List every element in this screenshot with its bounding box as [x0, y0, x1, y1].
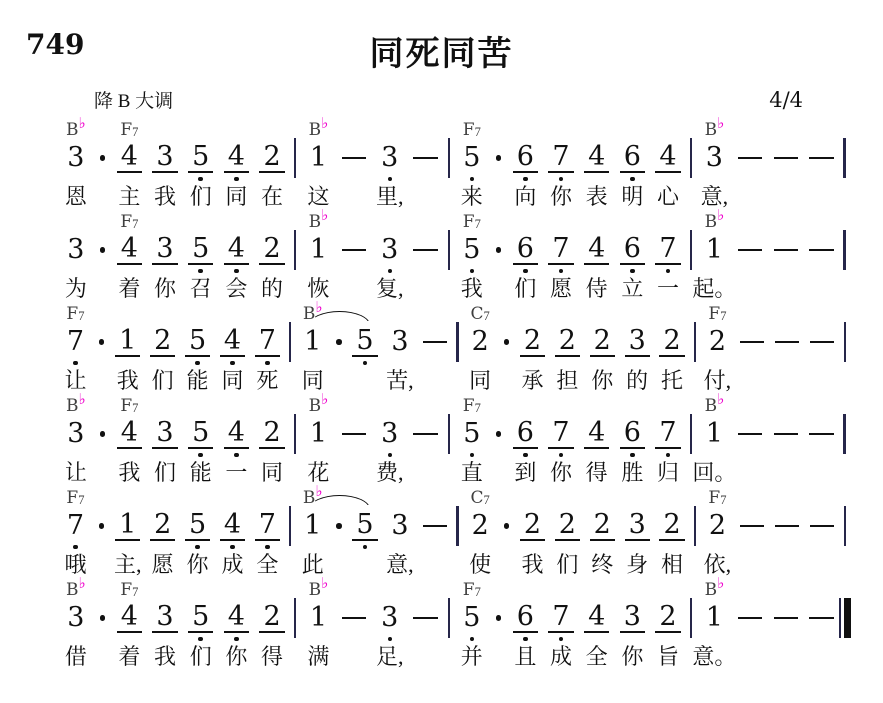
duration-dash [810, 525, 834, 527]
note-row [732, 142, 768, 174]
note-row [336, 234, 372, 266]
note-digit: 3 [152, 143, 177, 173]
barline [289, 322, 291, 362]
chord-root: B [309, 212, 322, 232]
chord-root: F [66, 488, 78, 508]
note-row: 7 [250, 510, 285, 542]
note-row [804, 234, 840, 266]
lyric-char: 们 [514, 274, 536, 304]
octave-dot [198, 637, 203, 642]
flat-icon: ♭ [717, 576, 724, 592]
note-row: 3 [697, 142, 733, 174]
note-row [770, 510, 805, 542]
note-cell: F75我 [454, 212, 490, 304]
barline [690, 414, 692, 454]
barline-cell [690, 304, 700, 396]
note-row: 2 [585, 510, 620, 542]
note-cell: 3们 [147, 396, 183, 488]
note-digit: 5 [188, 235, 213, 265]
chord-label: C7 [471, 488, 490, 510]
note-row: 5 [180, 326, 215, 358]
note-row [336, 418, 372, 450]
lyric-char: 的 [261, 274, 283, 304]
note-digit: 3 [67, 420, 84, 447]
note-cell: 6立 [615, 212, 651, 304]
octave-dot [630, 453, 635, 458]
note-cell: 7一 [650, 212, 686, 304]
note-cell: 7归 [650, 396, 686, 488]
octave-dot [198, 269, 203, 274]
note-digit: 6 [513, 419, 538, 449]
duration-dash [342, 157, 366, 159]
octave-dot [559, 637, 564, 642]
lyric-char: 满 [307, 642, 329, 672]
note-digit: 3 [625, 511, 650, 541]
octave-dot [523, 177, 528, 182]
note-cell: B♭1回。 [697, 396, 733, 488]
barline [456, 322, 458, 362]
chord-label: F7 [463, 580, 481, 602]
music-line-5: F77哦1主,2愿5你4成7全B♭1此53意,C72使2我2们2终3身2相F72… [58, 488, 850, 580]
note-digit: 3 [706, 144, 723, 171]
note-row: 2 [655, 510, 690, 542]
note-row [768, 234, 804, 266]
lyric-char: 着 [118, 274, 140, 304]
note-row: 2 [585, 326, 620, 358]
note-row [93, 326, 110, 358]
note-row: 6 [615, 142, 651, 174]
note-digit: 4 [584, 603, 609, 633]
note-cell: B♭1满 [301, 580, 337, 672]
augmentation-dot-cell [498, 304, 515, 396]
note-row: 7 [58, 326, 93, 358]
note-digit: 4 [224, 235, 249, 265]
octave-dot [198, 453, 203, 458]
note-cell: 2终 [585, 488, 620, 580]
lyric-char: 恩 [65, 182, 87, 212]
note-row: 1 [697, 234, 733, 266]
note-row: 3 [615, 602, 651, 634]
flat-icon: ♭ [79, 576, 86, 592]
duration-dash-cell [768, 580, 804, 672]
chord-root: F [463, 120, 475, 140]
duration-dash [738, 249, 762, 251]
note-digit: 3 [67, 604, 84, 631]
note-row [839, 418, 850, 450]
duration-dash-cell [417, 304, 452, 396]
barline [294, 138, 296, 178]
note-digit: 5 [185, 327, 210, 357]
note-row: 2 [550, 510, 585, 542]
note-row: 5 [454, 418, 490, 450]
note-cell: F72依, [700, 488, 735, 580]
octave-dot [470, 637, 475, 642]
lyric-char: 一 [657, 274, 679, 304]
octave-dot [523, 269, 528, 274]
note-digit: 6 [513, 143, 538, 173]
duration-dash [810, 341, 834, 343]
note-cell: F75直 [454, 396, 490, 488]
note-cell: 2旨 [650, 580, 686, 672]
chord-seventh-label: 7 [475, 125, 481, 139]
lyric-char: 召 [190, 274, 212, 304]
note-cell: F74着 [112, 212, 148, 304]
duration-dash-cell [336, 580, 372, 672]
chord-label: F7 [120, 120, 138, 142]
octave-dot [559, 177, 564, 182]
note-digit: 2 [590, 511, 615, 541]
chord-root: B [309, 120, 322, 140]
duration-dash-cell [336, 396, 372, 488]
note-row: 3 [58, 602, 94, 634]
time-signature: 4/4 [769, 88, 803, 112]
barline-cell [686, 120, 697, 212]
note-row [804, 418, 840, 450]
note-row: 1 [301, 602, 337, 634]
duration-dash [774, 157, 798, 159]
final-barline-cell [839, 580, 850, 672]
note-row: 3 [147, 418, 183, 450]
chord-label: B♭ [309, 580, 329, 602]
lyric-char: 得 [261, 642, 283, 672]
note-row: 4 [219, 602, 255, 634]
music-line-1: B♭3恩F74主3我5们4同2在B♭1这3里,F75来6向7你4表6明4心B♭3… [58, 120, 850, 212]
flat-icon: ♭ [321, 208, 328, 224]
barline [448, 414, 450, 454]
octave-dot [195, 361, 200, 366]
augmentation-dot [336, 339, 342, 345]
note-digit: 5 [463, 236, 480, 263]
barline-cell [443, 396, 454, 488]
note-row: 1 [295, 510, 330, 542]
barline-cell [452, 488, 462, 580]
note-row [839, 142, 850, 174]
chord-label: F7 [120, 396, 138, 418]
lyric-char: 同 [261, 458, 283, 488]
note-cell: 7你 [543, 120, 579, 212]
note-row [336, 142, 372, 174]
note-row: 2 [515, 326, 550, 358]
lyric-char: 你 [225, 642, 247, 672]
note-row [93, 510, 110, 542]
note-cell: 4得 [579, 396, 615, 488]
lyric-char: 来 [461, 182, 483, 212]
note-digit: 4 [117, 419, 142, 449]
note-cell: B♭3意, [697, 120, 733, 212]
note-row: 5 [183, 602, 219, 634]
note-row: 2 [700, 326, 735, 358]
lyric-char: 到 [514, 458, 536, 488]
augmentation-dot [100, 247, 106, 253]
score: B♭3恩F74主3我5们4同2在B♭1这3里,F75来6向7你4表6明4心B♭3… [58, 120, 850, 672]
note-row: 3 [382, 510, 417, 542]
music-line-3: F77让1我2们5能4同7死B♭1同53苦,C72同2承2担2你3的2托F72付… [58, 304, 850, 396]
barline-cell [290, 212, 301, 304]
chord-seventh-label: 7 [78, 493, 84, 507]
octave-dot [388, 269, 393, 274]
octave-dot [666, 269, 671, 274]
lyric-char: 费, [376, 458, 404, 488]
duration-dash [774, 249, 798, 251]
duration-dash-cell [768, 396, 804, 488]
lyric-char: 你 [591, 366, 613, 396]
octave-dot [523, 637, 528, 642]
duration-dash [774, 433, 798, 435]
note-digit: 4 [584, 143, 609, 173]
duration-dash-cell [408, 212, 444, 304]
note-row [443, 234, 454, 266]
note-row: 1 [295, 326, 330, 358]
note-row: 3 [372, 234, 408, 266]
barline [694, 322, 696, 362]
augmentation-dot-cell [490, 580, 508, 672]
note-digit: 4 [224, 143, 249, 173]
chord-root: C [471, 304, 484, 324]
note-cell: 3里, [372, 120, 408, 212]
note-row [290, 234, 301, 266]
note-row: 1 [301, 418, 337, 450]
chord-root: F [463, 212, 475, 232]
note-row: 7 [543, 418, 579, 450]
note-row: 3 [58, 418, 94, 450]
note-row [732, 418, 768, 450]
note-cell: 3苦, [382, 304, 417, 396]
duration-dash-cell [336, 212, 372, 304]
note-digit: 3 [391, 328, 408, 355]
note-row [498, 510, 515, 542]
barline [294, 598, 296, 638]
note-row: 3 [58, 142, 94, 174]
note-cell: 4同 [215, 304, 250, 396]
lyric-char: 能 [190, 458, 212, 488]
note-digit: 4 [224, 603, 249, 633]
note-digit: 4 [584, 235, 609, 265]
note-cell: B♭1花 [301, 396, 337, 488]
duration-dash [740, 341, 764, 343]
duration-dash [342, 433, 366, 435]
music-line-4: B♭3让F74我3们5能4一2同B♭1花3费,F75直6到7你4得6胜7归B♭1… [58, 396, 850, 488]
barline-cell [839, 212, 850, 304]
note-cell: 2相 [655, 488, 690, 580]
lyric-char: 着 [118, 642, 140, 672]
note-cell: F75来 [454, 120, 490, 212]
note-cell: 3意, [382, 488, 417, 580]
augmentation-dot-cell [490, 120, 508, 212]
duration-dash [809, 433, 833, 435]
barline-cell [285, 304, 295, 396]
note-row: 3 [372, 418, 408, 450]
note-row: 2 [650, 602, 686, 634]
lyric-char: 意。 [692, 642, 736, 672]
note-row: 3 [382, 326, 417, 358]
note-row: 6 [615, 234, 651, 266]
note-digit: 7 [548, 235, 573, 265]
chord-root: F [708, 488, 720, 508]
lyric-char: 胜 [621, 458, 643, 488]
note-cell: 6胜 [615, 396, 651, 488]
music-line-6: B♭3借F74着3我5们4你2得B♭1满3足,F75并6且7成4全3你2旨B♭1… [58, 580, 850, 672]
note-row: 3 [372, 602, 408, 634]
note-cell: 6向 [507, 120, 543, 212]
note-cell: 6到 [507, 396, 543, 488]
note-digit: 3 [381, 236, 398, 263]
chord-root: B [705, 212, 718, 232]
lyric-char: 让 [65, 458, 87, 488]
note-digit: 2 [259, 143, 284, 173]
note-row [498, 326, 515, 358]
chord-label: B♭ [309, 396, 329, 418]
note-cell: 4心 [650, 120, 686, 212]
note-row [94, 418, 112, 450]
lyric-char: 回。 [692, 458, 736, 488]
note-digit: 2 [590, 327, 615, 357]
barline-cell [840, 488, 850, 580]
lyric-char: 你 [550, 182, 572, 212]
lyric-char: 意, [386, 550, 414, 580]
octave-dot [234, 269, 239, 274]
note-digit: 1 [304, 328, 321, 355]
duration-dash [413, 433, 437, 435]
lyric-char: 同 [225, 182, 247, 212]
chord-root: C [471, 488, 484, 508]
lyric-char: 同 [469, 366, 491, 396]
duration-dash-cell [805, 488, 840, 580]
note-cell: 3的 [620, 304, 655, 396]
note-digit: 1 [706, 420, 723, 447]
note-row [408, 418, 444, 450]
chord-root: F [463, 396, 475, 416]
note-cell: 2托 [655, 304, 690, 396]
note-row [686, 234, 697, 266]
note-digit: 7 [655, 419, 680, 449]
lyric-char: 意, [701, 182, 729, 212]
lyric-char: 苦, [386, 366, 414, 396]
note-row [408, 234, 444, 266]
lyric-char: 在 [261, 182, 283, 212]
note-row: 4 [579, 602, 615, 634]
lyric-char: 起。 [692, 274, 736, 304]
note-digit: 4 [220, 511, 245, 541]
octave-dot [523, 453, 528, 458]
note-row [94, 234, 112, 266]
lyric-char: 承 [521, 366, 543, 396]
barline-cell [285, 488, 295, 580]
octave-dot [363, 361, 368, 366]
note-cell: 4一 [219, 396, 255, 488]
lyric-char: 主, [114, 550, 142, 580]
note-row [285, 326, 295, 358]
chord-seventh-label: 7 [132, 217, 138, 231]
lyric-char: 你 [154, 274, 176, 304]
note-row [94, 142, 112, 174]
note-digit: 7 [655, 235, 680, 265]
note-cell: B♭3恩 [58, 120, 94, 212]
barline [690, 598, 692, 638]
lyric-char: 全 [586, 642, 608, 672]
note-row: 1 [697, 418, 733, 450]
octave-dot [470, 269, 475, 274]
note-cell: 4你 [219, 580, 255, 672]
chord-root: F [463, 580, 475, 600]
barline [844, 506, 846, 546]
augmentation-dot [99, 339, 105, 345]
barline [843, 138, 845, 178]
note-digit: 1 [115, 327, 140, 357]
augmentation-dot-cell [93, 304, 110, 396]
barline [690, 138, 692, 178]
barline [294, 414, 296, 454]
chord-label: B♭ [66, 580, 86, 602]
lyric-char: 愿 [550, 274, 572, 304]
note-digit: 3 [152, 235, 177, 265]
chord-label: F7 [463, 212, 481, 234]
duration-dash-cell [804, 396, 840, 488]
chord-seventh-label: 7 [78, 309, 84, 323]
note-row [443, 418, 454, 450]
note-cell: 7死 [250, 304, 285, 396]
duration-dash-cell [804, 212, 840, 304]
augmentation-dot [504, 523, 510, 529]
chord-seventh-label: 7 [132, 585, 138, 599]
barline-cell [443, 120, 454, 212]
note-row [840, 326, 850, 358]
lyric-char: 主 [118, 182, 140, 212]
note-cell: 3我 [147, 580, 183, 672]
note-row: 2 [254, 418, 290, 450]
augmentation-dot-cell [498, 488, 515, 580]
duration-dash-cell [805, 304, 840, 396]
octave-dot [470, 177, 475, 182]
lyric-char: 明 [621, 182, 643, 212]
note-digit: 2 [472, 512, 489, 539]
note-row: 7 [543, 602, 579, 634]
chord-label: B♭ [309, 120, 329, 142]
chord-label: F7 [708, 304, 726, 326]
note-digit: 7 [67, 328, 84, 355]
lyric-char: 愿 [152, 550, 174, 580]
barline [690, 230, 692, 270]
note-digit: 2 [150, 327, 175, 357]
note-row: 4 [579, 418, 615, 450]
note-cell: 2在 [254, 120, 290, 212]
note-row: 6 [507, 418, 543, 450]
note-cell: F75并 [454, 580, 490, 672]
note-cell: 6明 [615, 120, 651, 212]
flat-icon: ♭ [717, 392, 724, 408]
note-digit: 5 [463, 144, 480, 171]
final-thin-bar [839, 598, 841, 638]
chord-root: B [705, 396, 718, 416]
note-row: 4 [215, 510, 250, 542]
note-row [330, 326, 347, 358]
note-row: 7 [543, 234, 579, 266]
chord-seventh-label: 7 [475, 585, 481, 599]
note-row: 4 [112, 142, 148, 174]
note-cell: F74我 [112, 396, 148, 488]
augmentation-dot-cell [94, 120, 112, 212]
duration-dash [423, 525, 447, 527]
lyric-char: 旨 [657, 642, 679, 672]
flat-icon: ♭ [717, 116, 724, 132]
note-cell: 6们 [507, 212, 543, 304]
lyric-char: 你 [621, 642, 643, 672]
note-digit: 3 [381, 604, 398, 631]
note-digit: 2 [259, 419, 284, 449]
augmentation-dot [496, 431, 502, 437]
note-row [452, 510, 462, 542]
note-cell: F77哦 [58, 488, 93, 580]
note-row [330, 510, 347, 542]
